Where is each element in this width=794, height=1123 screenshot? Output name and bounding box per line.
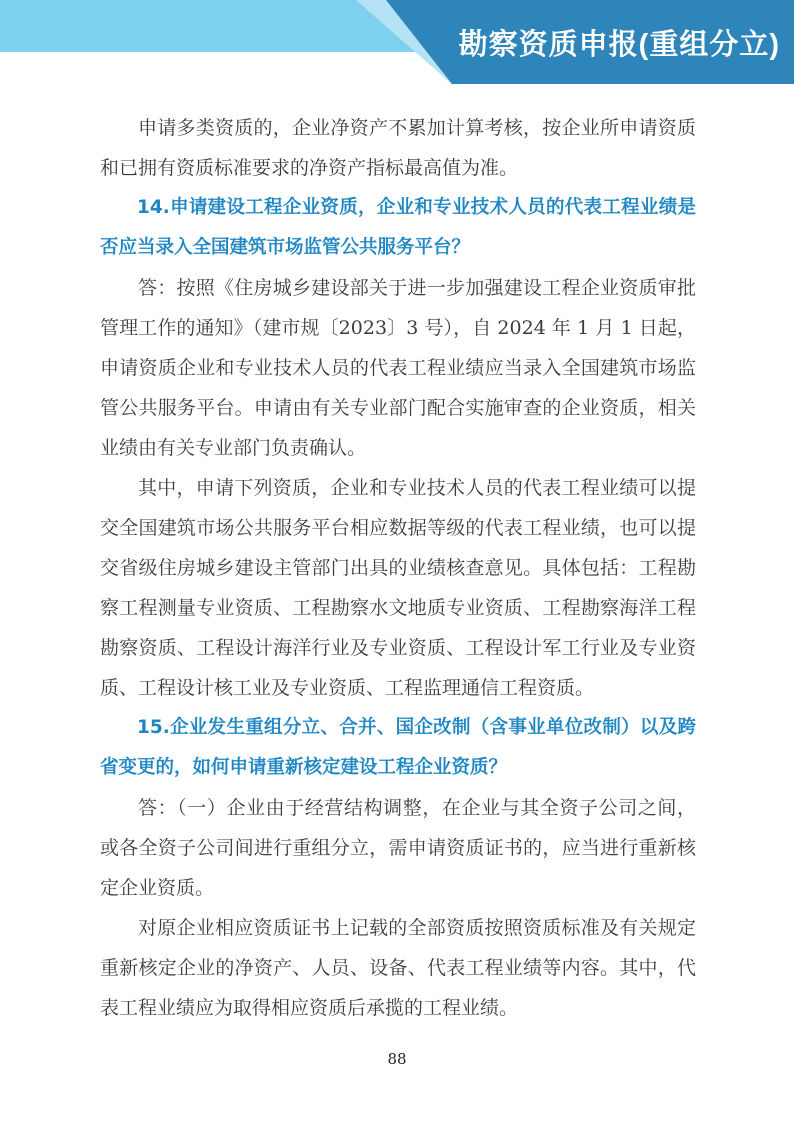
document-page: 勘察资质申报(重组分立) 申请多类资质的，企业净资产不累加计算考核，按企业所申请…	[0, 0, 794, 1123]
document-body: 申请多类资质的，企业净资产不累加计算考核，按企业所申请资质和已拥有资质标准要求的…	[100, 108, 696, 1028]
answer-14-part1: 答：按照《住房城乡建设部关于进一步加强建设工程企业资质审批管理工作的通知》（建市…	[100, 268, 696, 468]
banner-title: 勘察资质申报(重组分立)	[459, 0, 780, 84]
page-number: 88	[0, 1050, 794, 1068]
question-15-heading: 15.企业发生重组分立、合并、国企改制（含事业单位改制）以及跨省变更的，如何申请…	[100, 708, 696, 788]
paragraph-net-assets: 申请多类资质的，企业净资产不累加计算考核，按企业所申请资质和已拥有资质标准要求的…	[100, 108, 696, 188]
answer-15-part2: 对原企业相应资质证书上记载的全部资质按照资质标准及有关规定重新核定企业的净资产、…	[100, 908, 696, 1028]
answer-14-part2: 其中，申请下列资质，企业和专业技术人员的代表工程业绩可以提交全国建筑市场公共服务…	[100, 468, 696, 708]
answer-15-part1: 答：（一）企业由于经营结构调整，在企业与其全资子公司之间，或各全资子公司间进行重…	[100, 788, 696, 908]
page-header: 勘察资质申报(重组分立)	[0, 0, 794, 90]
question-14-heading: 14.申请建设工程企业资质，企业和专业技术人员的代表工程业绩是否应当录入全国建筑…	[100, 188, 696, 268]
